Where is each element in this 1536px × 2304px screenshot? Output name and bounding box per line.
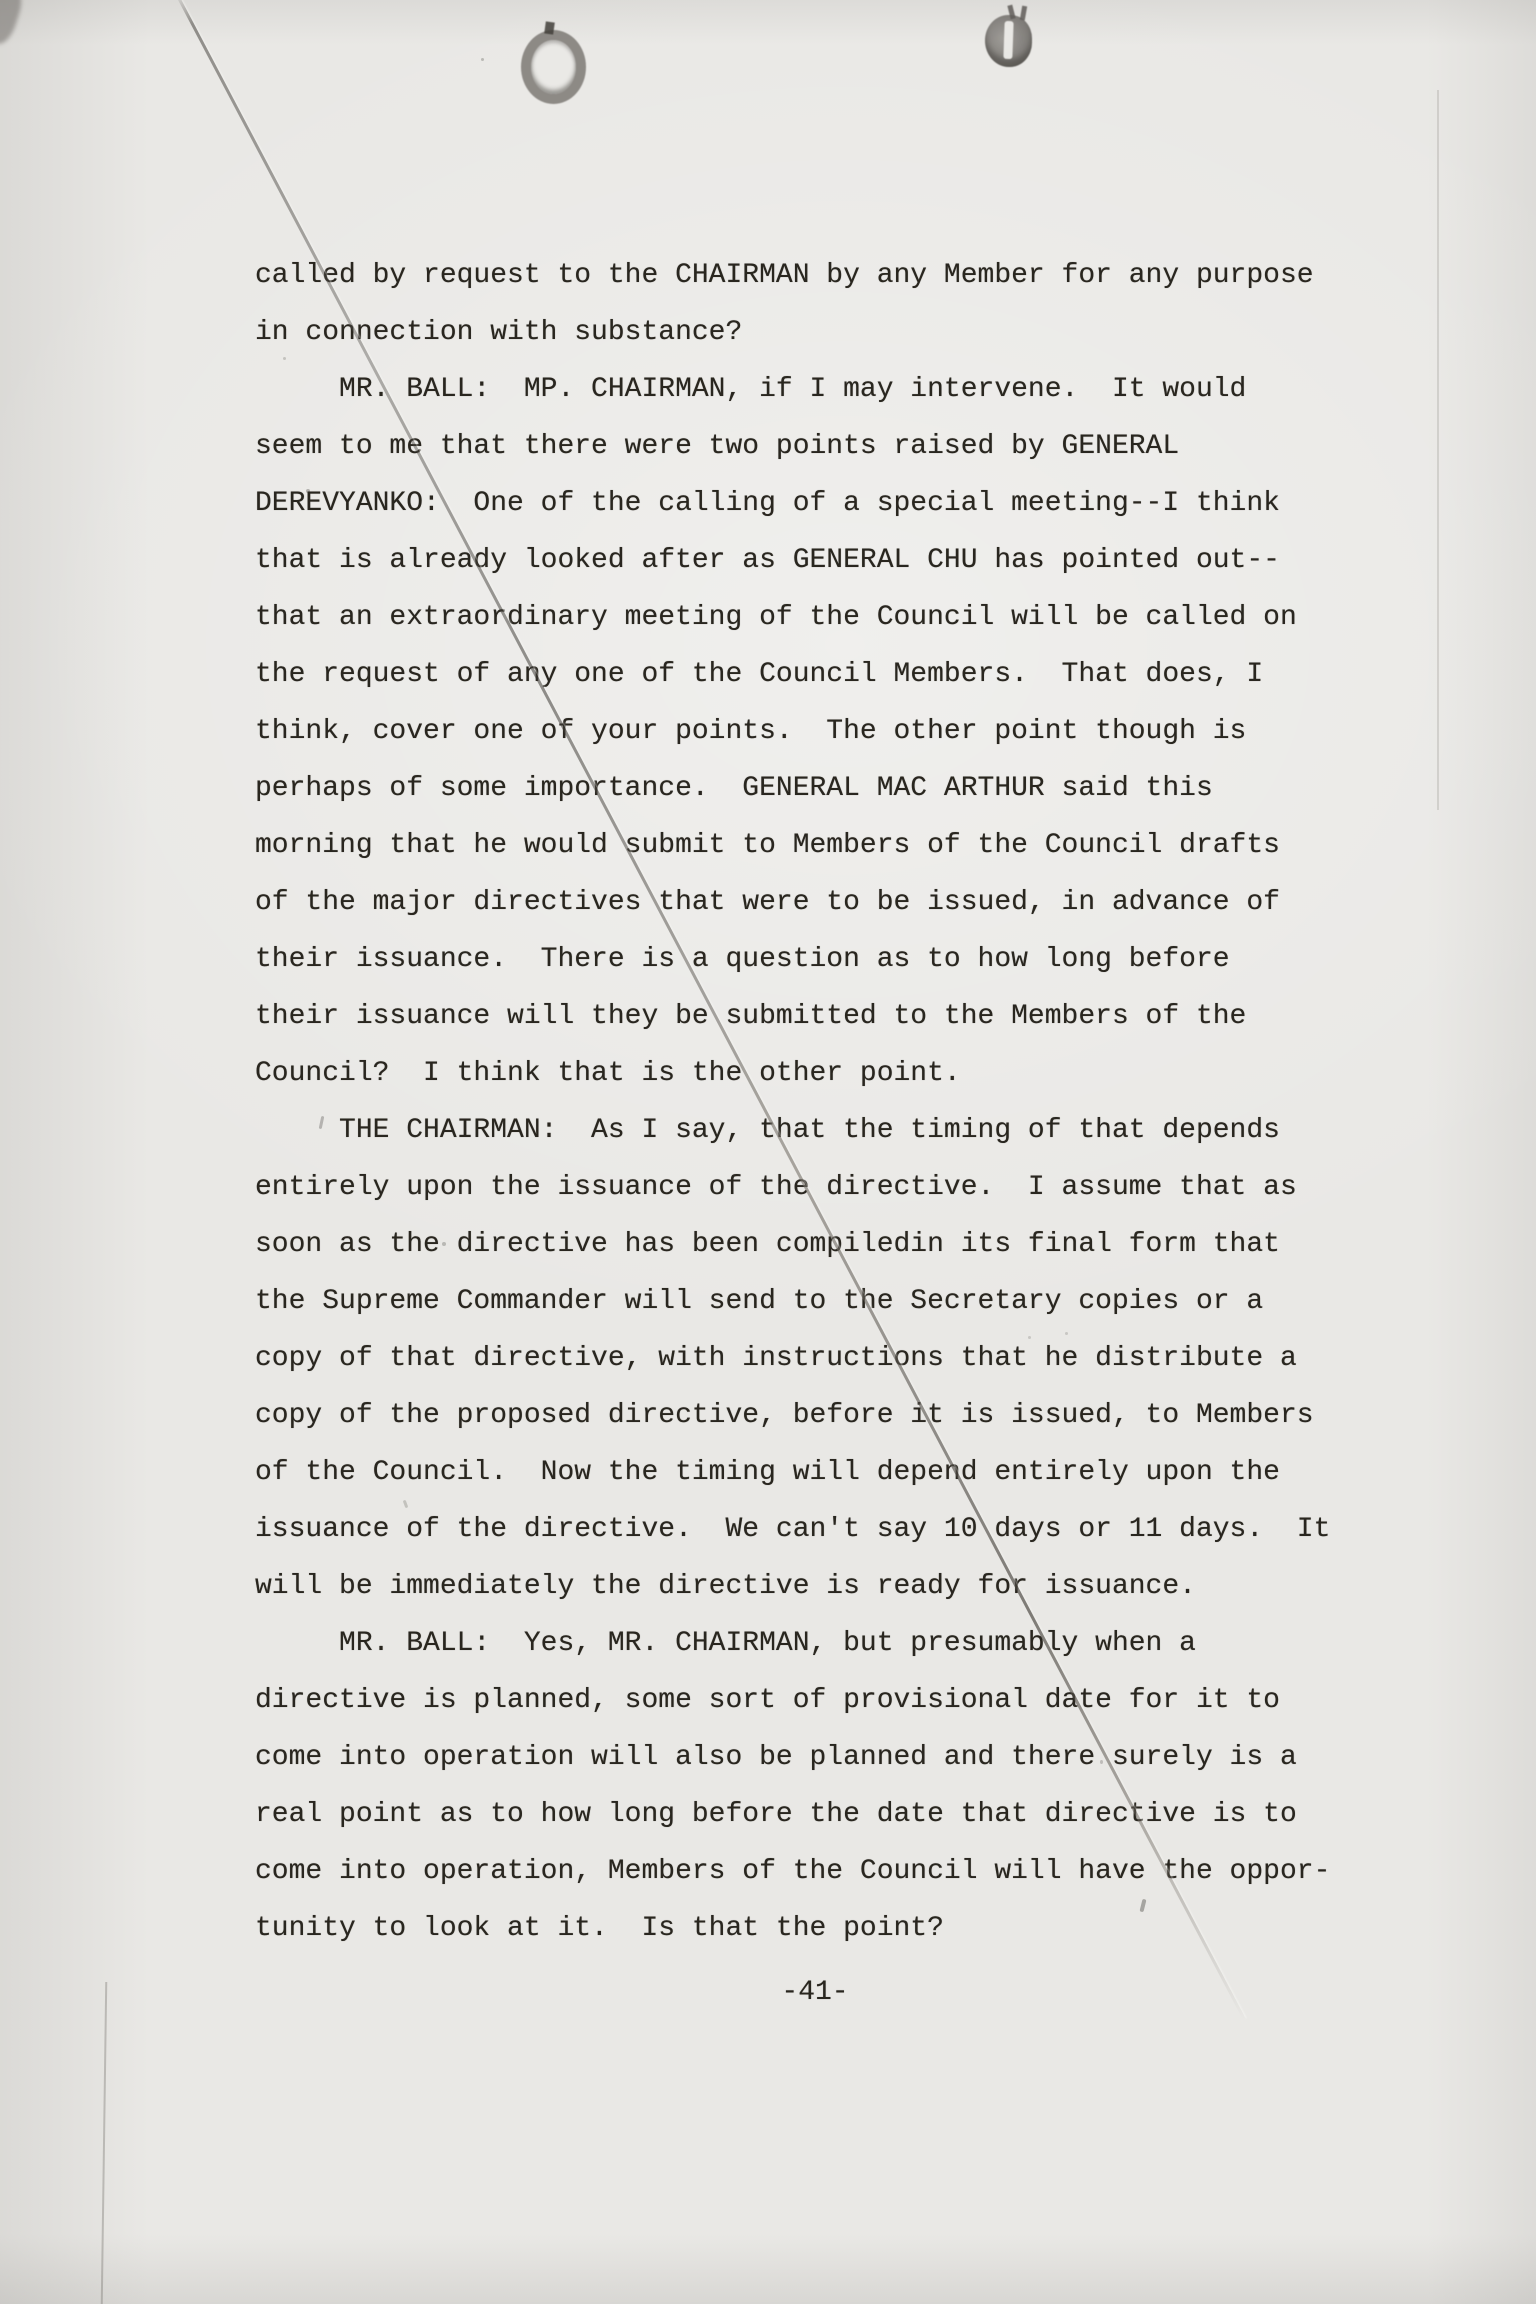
ink-speck: [442, 1242, 446, 1246]
text-line: THE CHAIRMAN: As I say, that the timing …: [255, 1102, 1375, 1159]
document-text: called by request to the CHAIRMAN by any…: [255, 247, 1375, 1957]
text-line: the Supreme Commander will send to the S…: [255, 1273, 1375, 1330]
text-line: the request of any one of the Council Me…: [255, 646, 1375, 703]
paper-crease-right: [1437, 90, 1439, 810]
text-line: soon as the directive has been compiledi…: [255, 1216, 1375, 1273]
ink-speck: [306, 489, 310, 493]
text-line: MR. BALL: MP. CHAIRMAN, if I may interve…: [255, 361, 1375, 418]
ink-speck: [1100, 1760, 1103, 1764]
text-line: will be immediately the directive is rea…: [255, 1558, 1375, 1615]
binder-ring-left-mark: [521, 30, 586, 104]
scanned-document-page: called by request to the CHAIRMAN by any…: [0, 0, 1536, 2304]
text-line: directive is planned, some sort of provi…: [255, 1672, 1375, 1729]
text-line: their issuance. There is a question as t…: [255, 931, 1375, 988]
text-line: of the Council. Now the timing will depe…: [255, 1444, 1375, 1501]
text-line: copy of that directive, with instruction…: [255, 1330, 1375, 1387]
text-line: that is already looked after as GENERAL …: [255, 532, 1375, 589]
binder-ring-right-mark: [985, 15, 1032, 67]
binder-ring-prong: [1007, 5, 1015, 20]
paper-corner-shadow: [0, 0, 26, 47]
text-line: issuance of the directive. We can't say …: [255, 1501, 1375, 1558]
binder-ring-prong: [1020, 6, 1027, 21]
ink-speck: [1065, 1332, 1068, 1335]
text-line: real point as to how long before the dat…: [255, 1786, 1375, 1843]
text-line: of the major directives that were to be …: [255, 874, 1375, 931]
text-line: DEREVYANKO: One of the calling of a spec…: [255, 475, 1375, 532]
paper-crease-left: [101, 1982, 107, 2304]
text-line: in connection with substance?: [255, 304, 1375, 361]
text-line: their issuance will they be submitted to…: [255, 988, 1375, 1045]
text-line: morning that he would submit to Members …: [255, 817, 1375, 874]
page-number: -41-: [255, 1964, 1375, 2021]
text-line: perhaps of some importance. GENERAL MAC …: [255, 760, 1375, 817]
text-line: that an extraordinary meeting of the Cou…: [255, 589, 1375, 646]
text-line: come into operation, Members of the Coun…: [255, 1843, 1375, 1900]
ink-speck: [283, 357, 286, 360]
binder-ring-slit: [1003, 21, 1013, 59]
ink-speck: [1028, 1336, 1031, 1339]
ink-speck: [481, 58, 484, 61]
text-line: Council? I think that is the other point…: [255, 1045, 1375, 1102]
text-line: come into operation will also be planned…: [255, 1729, 1375, 1786]
text-line: think, cover one of your points. The oth…: [255, 703, 1375, 760]
text-line: copy of the proposed directive, before i…: [255, 1387, 1375, 1444]
text-line: MR. BALL: Yes, MR. CHAIRMAN, but presuma…: [255, 1615, 1375, 1672]
binder-ring-nub: [544, 21, 555, 34]
text-line: called by request to the CHAIRMAN by any…: [255, 247, 1375, 304]
